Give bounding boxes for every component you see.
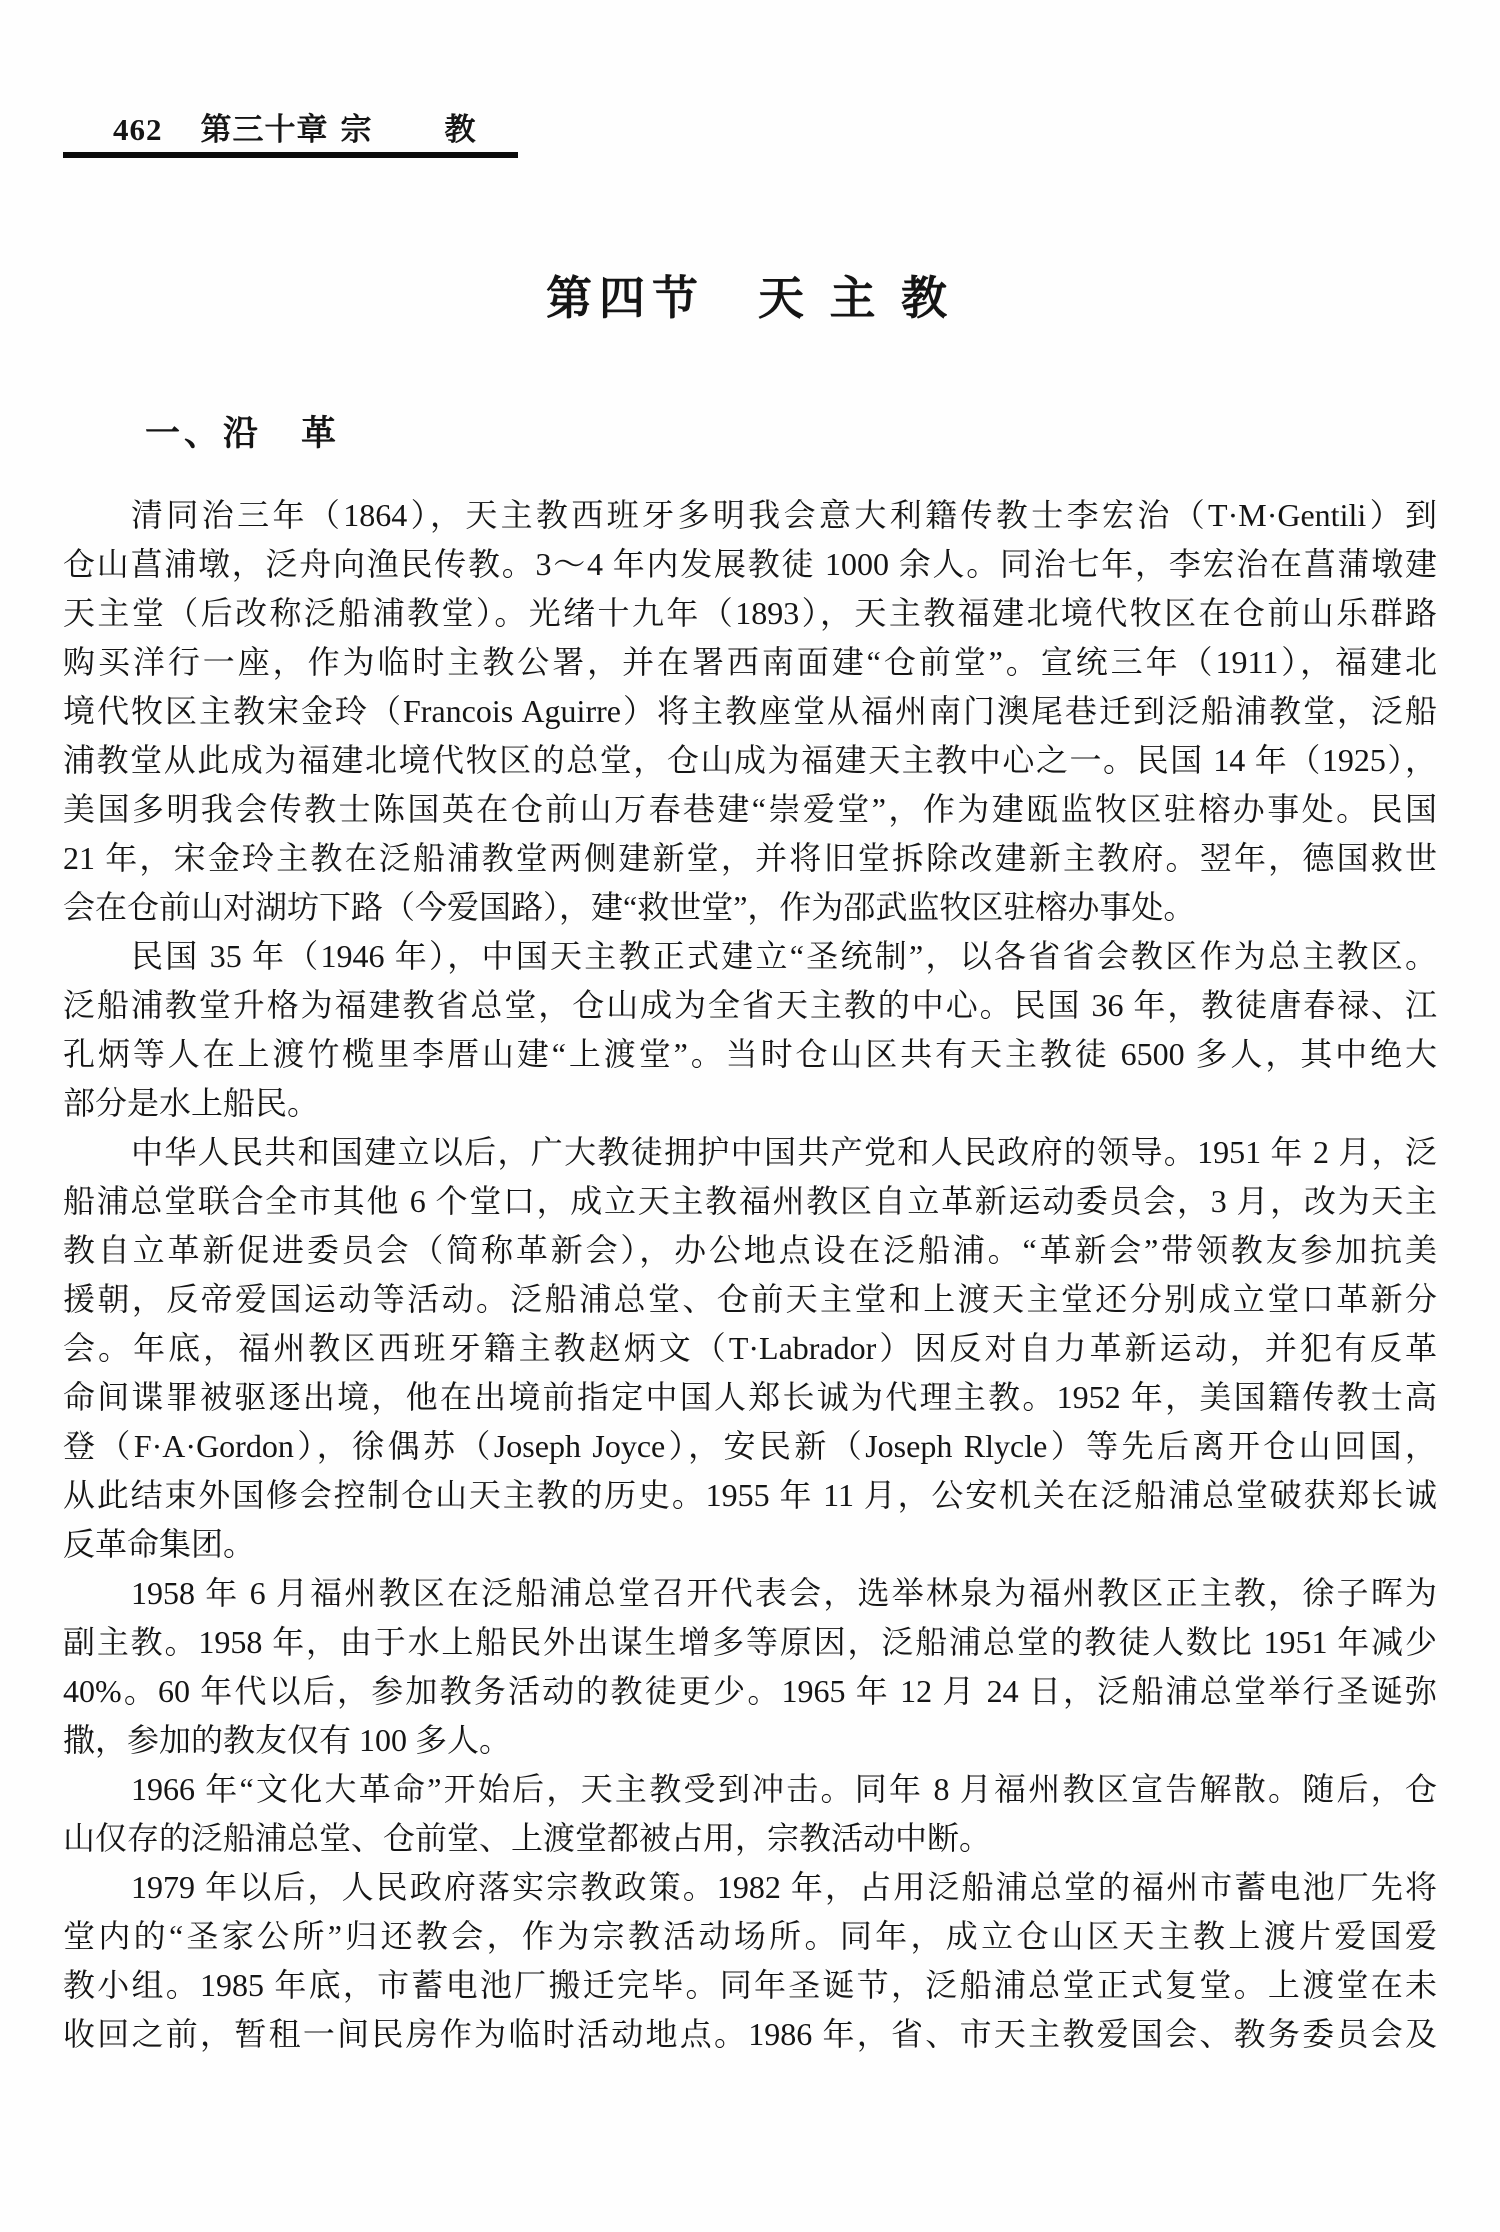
section-title: 第四节 天 主 教 <box>0 262 1500 328</box>
text-line: 天主堂（后改称泛船浦教堂）。光绪十九年（1893），天主教福建北境代牧区在仓前山… <box>63 589 1437 638</box>
text-line: 命间谍罪被驱逐出境，他在出境前指定中国人郑长诚为代理主教。1952 年，美国籍传… <box>63 1373 1437 1422</box>
text-line: 堂内的“圣家公所”归还教会，作为宗教活动场所。同年，成立仓山区天主教上渡片爱国爱 <box>63 1912 1437 1961</box>
text-line: 船浦总堂联合全市其他 6 个堂口，成立天主教福州教区自立革新运动委员会，3 月，… <box>63 1177 1437 1226</box>
text-line: 美国多明我会传教士陈国英在仓前山万春巷建“崇爱堂”，作为建瓯监牧区驻榕办事处。民… <box>63 785 1437 834</box>
text-line: 泛船浦教堂升格为福建教省总堂，仓山成为全省天主教的中心。民国 36 年，教徒唐春… <box>63 981 1437 1030</box>
text-line: 中华人民共和国建立以后，广大教徒拥护中国共产党和人民政府的领导。1951 年 2… <box>63 1128 1437 1177</box>
text-line: 副主教。1958 年，由于水上船民外出谋生增多等原因，泛船浦总堂的教徒人数比 1… <box>63 1618 1437 1667</box>
subsection-heading: 一、沿 革 <box>145 406 340 456</box>
text-line: 孔炳等人在上渡竹榄里李厝山建“上渡堂”。当时仓山区共有天主教徒 6500 多人，… <box>63 1030 1437 1079</box>
text-line: 撒，参加的教友仅有 100 多人。 <box>63 1716 1437 1765</box>
text-line: 会。年底，福州教区西班牙籍主教赵炳文（T·Labrador）因反对自力革新运动，… <box>63 1324 1437 1373</box>
text-line: 购买洋行一座，作为临时主教公署，并在署西南面建“仓前堂”。宣统三年（1911），… <box>63 638 1437 687</box>
text-line: 1979 年以后，人民政府落实宗教政策。1982 年，占用泛船浦总堂的福州市蓄电… <box>63 1863 1437 1912</box>
header-rule <box>63 152 518 158</box>
text-line: 仓山菖浦墩，泛舟向渔民传教。3～4 年内发展教徒 1000 余人。同治七年，李宏… <box>63 540 1437 589</box>
chapter-title: 第三十章 <box>201 104 329 149</box>
text-line: 会在仓前山对湖坊下路（今爱国路），建“救世堂”，作为邵武监牧区驻榕办事处。 <box>63 883 1437 932</box>
text-line: 山仅存的泛船浦总堂、仓前堂、上渡堂都被占用，宗教活动中断。 <box>63 1814 1437 1863</box>
text-line: 部分是水上船民。 <box>63 1079 1437 1128</box>
page-number: 462 <box>113 112 163 148</box>
text-line: 1966 年“文化大革命”开始后，天主教受到冲击。同年 8 月福州教区宣告解散。… <box>63 1765 1437 1814</box>
text-line: 援朝，反帝爱国运动等活动。泛船浦总堂、仓前天主堂和上渡天主堂还分别成立堂口革新分 <box>63 1275 1437 1324</box>
chapter-subject-char-2: 教 <box>445 104 477 149</box>
text-line: 21 年，宋金玲主教在泛船浦教堂两侧建新堂，并将旧堂拆除改建新主教府。翌年，德国… <box>63 834 1437 883</box>
body-text: 清同治三年（1864），天主教西班牙多明我会意大利籍传教士李宏治（T·M·Gen… <box>63 491 1437 2059</box>
text-line: 反革命集团。 <box>63 1520 1437 1569</box>
book-page: 462 第三十章 宗 教 第四节 天 主 教 一、沿 革 清同治三年（1864）… <box>0 0 1500 2232</box>
text-line: 40%。60 年代以后，参加教务活动的教徒更少。1965 年 12 月 24 日… <box>63 1667 1437 1716</box>
text-line: 1958 年 6 月福州教区在泛船浦总堂召开代表会，选举林泉为福州教区正主教，徐… <box>63 1569 1437 1618</box>
text-line: 境代牧区主教宋金玲（Francois Aguirre）将主教座堂从福州南门澳尾巷… <box>63 687 1437 736</box>
running-header: 462 第三十章 宗 教 <box>113 104 477 149</box>
chapter-subject-char-1: 宗 <box>341 104 373 149</box>
text-line: 民国 35 年（1946 年），中国天主教正式建立“圣统制”，以各省省会教区作为… <box>63 932 1437 981</box>
text-line: 清同治三年（1864），天主教西班牙多明我会意大利籍传教士李宏治（T·M·Gen… <box>63 491 1437 540</box>
text-line: 教自立革新促进委员会（简称革新会），办公地点设在泛船浦。“革新会”带领教友参加抗… <box>63 1226 1437 1275</box>
text-line: 教小组。1985 年底，市蓄电池厂搬迁完毕。同年圣诞节，泛船浦总堂正式复堂。上渡… <box>63 1961 1437 2010</box>
text-line: 登（F·A·Gordon），徐偶苏（Joseph Joyce），安民新（Jose… <box>63 1422 1437 1471</box>
text-line: 浦教堂从此成为福建北境代牧区的总堂，仓山成为福建天主教中心之一。民国 14 年（… <box>63 736 1437 785</box>
text-line: 从此结束外国修会控制仓山天主教的历史。1955 年 11 月，公安机关在泛船浦总… <box>63 1471 1437 1520</box>
text-line: 收回之前，暂租一间民房作为临时活动地点。1986 年，省、市天主教爱国会、教务委… <box>63 2010 1437 2059</box>
